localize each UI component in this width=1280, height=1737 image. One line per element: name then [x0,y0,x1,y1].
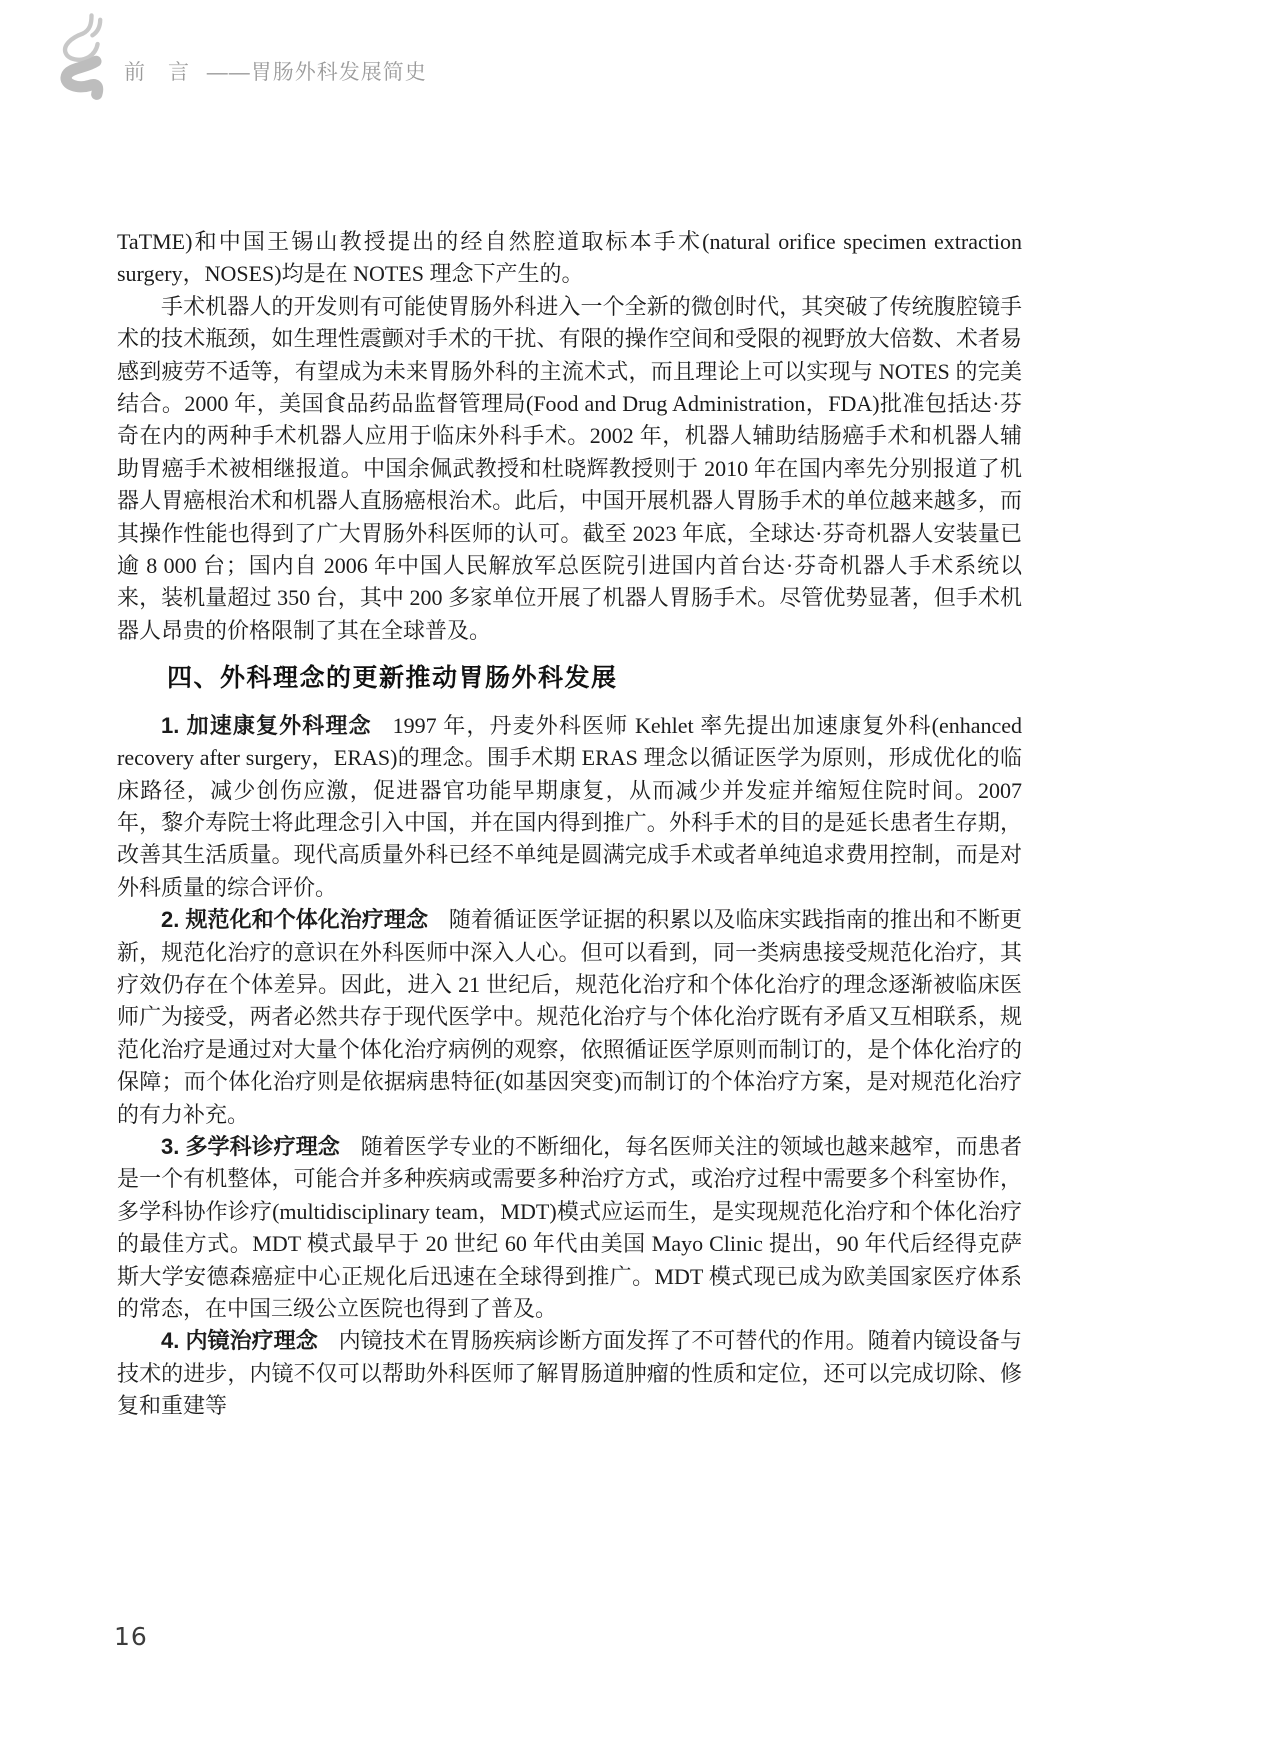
book-page: 前 言——胃肠外科发展简史 TaTME)和中国王锡山教授提出的经自然腔道取标本手… [0,0,1280,1737]
page-content: TaTME)和中国王锡山教授提出的经自然腔道取标本手术(natural orif… [117,226,1022,1423]
paragraph-lead-mdt: 3. 多学科诊疗理念 [161,1134,340,1159]
header-section-label: 前 言 [124,61,190,84]
paragraph-lead-eras: 1. 加速康复外科理念 [161,713,372,738]
paragraph-eras: 1. 加速康复外科理念1997 年，丹麦外科医师 Kehlet 率先提出加速康复… [117,710,1022,904]
page-header: 前 言——胃肠外科发展简史 [56,12,427,102]
header-section-title: ——胃肠外科发展简史 [207,61,427,84]
paragraph-endoscopy: 4. 内镜治疗理念内镜技术在胃肠疾病诊断方面发挥了不可替代的作用。随着内镜设备与… [117,1325,1022,1422]
header-title: 前 言——胃肠外科发展简史 [124,56,427,102]
paragraph-lead-endoscopy: 4. 内镜治疗理念 [161,1328,318,1353]
paragraph-text-standardized: 随着循证医学证据的积累以及临床实践指南的推出和不断更新，规范化治疗的意识在外科医… [117,907,1022,1126]
paragraph-standardized: 2. 规范化和个体化治疗理念随着循证医学证据的积累以及临床实践指南的推出和不断更… [117,904,1022,1131]
paragraph-continuation: TaTME)和中国王锡山教授提出的经自然腔道取标本手术(natural orif… [117,226,1022,291]
paragraph-text-mdt: 随着医学专业的不断细化，每名医师关注的领域也越来越窄，而患者是一个有机整体，可能… [117,1134,1022,1321]
paragraph-robotics: 手术机器人的开发则有可能使胃肠外科进入一个全新的微创时代，其突破了传统腹腔镜手术… [117,291,1022,647]
paragraph-lead-standardized: 2. 规范化和个体化治疗理念 [161,907,428,932]
stomach-intestine-icon [56,12,108,102]
section-heading: 四、外科理念的更新推动胃肠外科发展 [117,663,1022,695]
page-number: 16 [114,1622,148,1651]
paragraph-mdt: 3. 多学科诊疗理念随着医学专业的不断细化，每名医师关注的领域也越来越窄，而患者… [117,1131,1022,1325]
paragraph-text-eras: 1997 年，丹麦外科医师 Kehlet 率先提出加速康复外科(enhanced… [117,713,1022,900]
